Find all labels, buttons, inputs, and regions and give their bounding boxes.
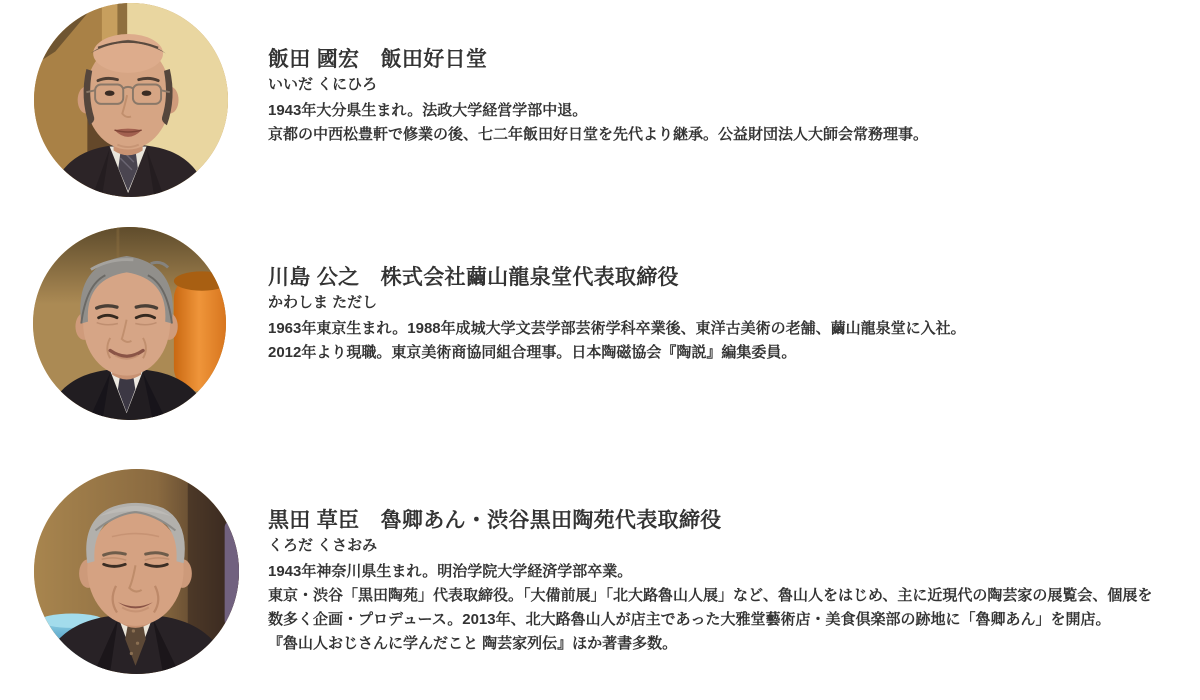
- portrait-photo-kuroda: [34, 469, 239, 674]
- profile-bio-line: 京都の中西松豊軒で修業の後、七二年飯田好日堂を先代より継承。公益財団法人大師会常…: [268, 123, 928, 147]
- profile-bio: 1943年大分県生まれ。法政大学経営学部中退。 京都の中西松豊軒で修業の後、七二…: [268, 99, 928, 147]
- profile-kana: かわしま ただし: [268, 292, 966, 314]
- profile-bio-line: 1943年神奈川県生まれ。明治学院大学経済学部卒業。: [268, 560, 1152, 584]
- gray-haired-man-portrait: [33, 227, 226, 420]
- profile-kana: いいだ くにひろ: [268, 74, 928, 96]
- profile-heading: 川島 公之 株式会社繭山龍泉堂代表取締役: [268, 264, 966, 292]
- smiling-elderly-man-portrait: [34, 469, 239, 674]
- profile-bio: 1963年東京生まれ。1988年成城大学文芸学部芸術学科卒業後、東洋古美術の老舗…: [268, 317, 966, 365]
- profile-heading: 黒田 草臣 魯卿あん・渋谷黒田陶苑代表取締役: [268, 507, 1152, 535]
- profile-bio-line: 『魯山人おじさんに学んだこと 陶芸家列伝』ほか著書多数。: [268, 632, 1152, 656]
- portrait-photo-iida: [34, 3, 228, 197]
- man-with-glasses-portrait: [34, 3, 228, 197]
- profile-text-kuroda: 黒田 草臣 魯卿あん・渋谷黒田陶苑代表取締役 くろだ くさおみ 1943年神奈川…: [268, 507, 1152, 656]
- speaker-profiles-page: { "page": { "background_color": "#ffffff…: [0, 0, 1200, 700]
- profile-text-iida: 飯田 國宏 飯田好日堂 いいだ くにひろ 1943年大分県生まれ。法政大学経営学…: [268, 46, 928, 147]
- profile-bio-line: 東京・渋谷「黒田陶苑」代表取締役。「大備前展」「北大路魯山人展」など、魯山人をは…: [268, 584, 1152, 608]
- profile-bio-line: 1943年大分県生まれ。法政大学経営学部中退。: [268, 99, 928, 123]
- profile-heading: 飯田 國宏 飯田好日堂: [268, 46, 928, 74]
- portrait-photo-kawashima: [33, 227, 226, 420]
- profile-bio-line: 数多く企画・プロデュース。2013年、北大路魯山人が店主であった大雅堂藝術店・美…: [268, 608, 1152, 632]
- profile-text-kawashima: 川島 公之 株式会社繭山龍泉堂代表取締役 かわしま ただし 1963年東京生まれ…: [268, 264, 966, 365]
- profile-kana: くろだ くさおみ: [268, 535, 1152, 557]
- profile-bio-line: 1963年東京生まれ。1988年成城大学文芸学部芸術学科卒業後、東洋古美術の老舗…: [268, 317, 966, 341]
- profile-bio: 1943年神奈川県生まれ。明治学院大学経済学部卒業。 東京・渋谷「黒田陶苑」代表…: [268, 560, 1152, 656]
- profile-bio-line: 2012年より現職。東京美術商協同組合理事。日本陶磁協会『陶説』編集委員。: [268, 341, 966, 365]
